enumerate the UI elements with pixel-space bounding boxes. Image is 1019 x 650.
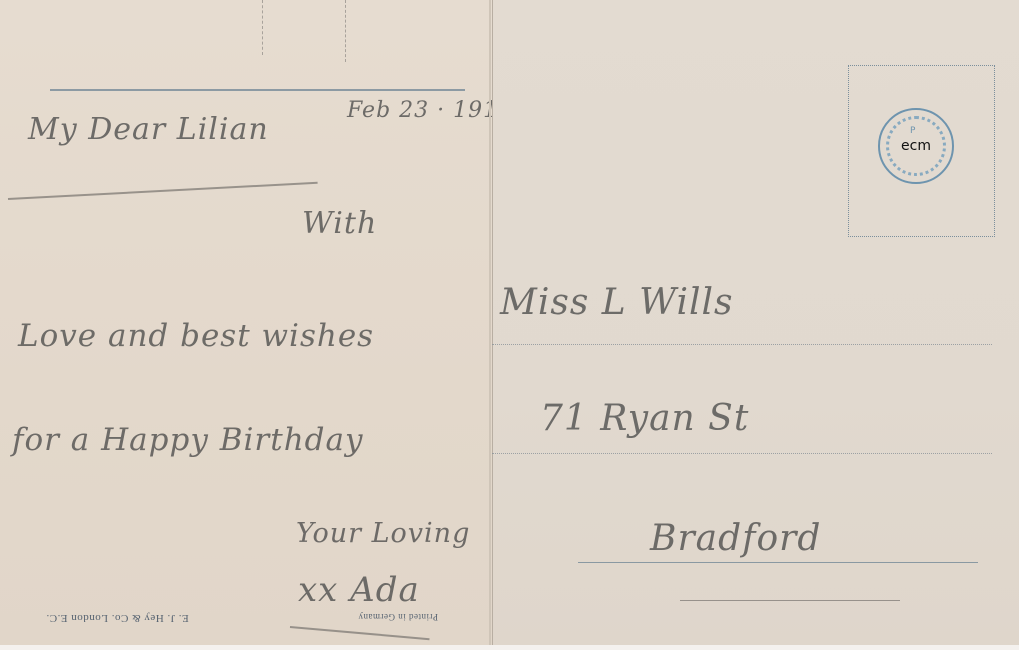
watermark-label: ecm — [880, 138, 952, 154]
postcard-message-side: Feb 23 · 1912 My Dear Lilian With Love a… — [0, 0, 492, 650]
handwritten-street: 71 Ryan St — [540, 398, 749, 439]
seal-letter: P — [910, 126, 915, 136]
address-line-1 — [492, 344, 992, 345]
scan-border — [0, 645, 1019, 650]
handwritten-line-birthday: for a Happy Birthday — [12, 422, 364, 458]
pencil-underline — [8, 182, 318, 200]
handwritten-closing: Your Loving — [296, 518, 470, 549]
handwritten-line-with: With — [302, 206, 377, 241]
stamp-seal-icon: P ecm — [878, 108, 954, 184]
handwritten-town: Bradford — [650, 518, 821, 559]
printed-blue-rule — [50, 89, 465, 91]
handwritten-line-love: Love and best wishes — [18, 318, 374, 354]
address-line-3 — [578, 562, 978, 563]
divider-dash-line — [345, 0, 346, 62]
divider-dash-line — [262, 0, 263, 55]
pencil-signature-stroke — [290, 626, 430, 640]
card-edge — [489, 0, 491, 650]
address-line-2 — [492, 453, 992, 454]
handwritten-salutation: My Dear Lilian — [28, 112, 269, 147]
country-imprint: Printed in Germany — [358, 612, 438, 622]
handwritten-recipient: Miss L Wills — [500, 282, 734, 323]
handwritten-signature: xx Ada — [298, 570, 420, 610]
printer-imprint: E. J. Hey & Co. London E.C. — [46, 612, 189, 624]
pencil-underline-flourish — [680, 600, 900, 601]
